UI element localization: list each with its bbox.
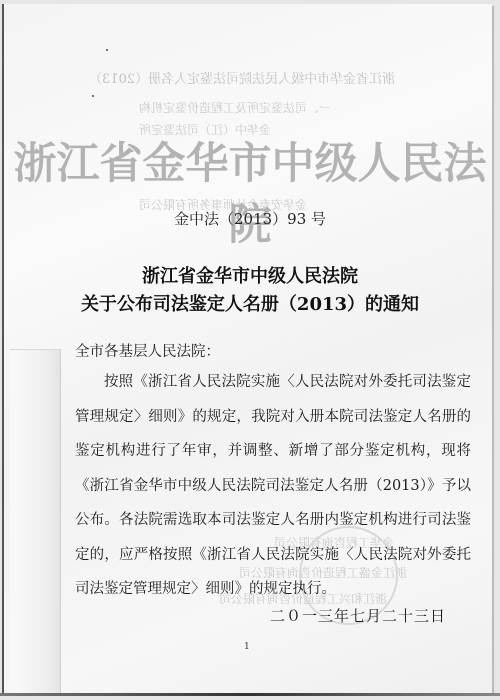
salutation: 全市各基层人民法院： — [75, 340, 220, 361]
document-number: 金中法（2013）93 号 — [0, 208, 500, 229]
page-bottom-edge — [0, 693, 500, 696]
body-paragraph: 按照《浙江省人民法院实施〈人民法院对外委托司法鉴定管理规定〉细则》的规定，我院对… — [75, 365, 471, 607]
bleed-through-title: 浙江省金华市中级人民法院司法鉴定人名册（2013） — [89, 68, 395, 87]
notice-title-line1: 浙江省金华市中级人民法院 — [0, 262, 500, 288]
notice-title-line2: 关于公布司法鉴定人名册（2013）的通知 — [0, 290, 500, 316]
page-number: 1 — [244, 642, 250, 652]
issue-date: 二０一三年七月二十三日 — [270, 605, 446, 626]
bleed-through-line: 一、司法鉴定所及工程造价鉴定机构 — [139, 99, 331, 116]
court-header: 浙江省金华市中级人民法院 — [0, 130, 500, 252]
folded-page-edge — [10, 349, 61, 695]
scan-speck — [106, 49, 108, 51]
scan-speck — [92, 95, 94, 97]
